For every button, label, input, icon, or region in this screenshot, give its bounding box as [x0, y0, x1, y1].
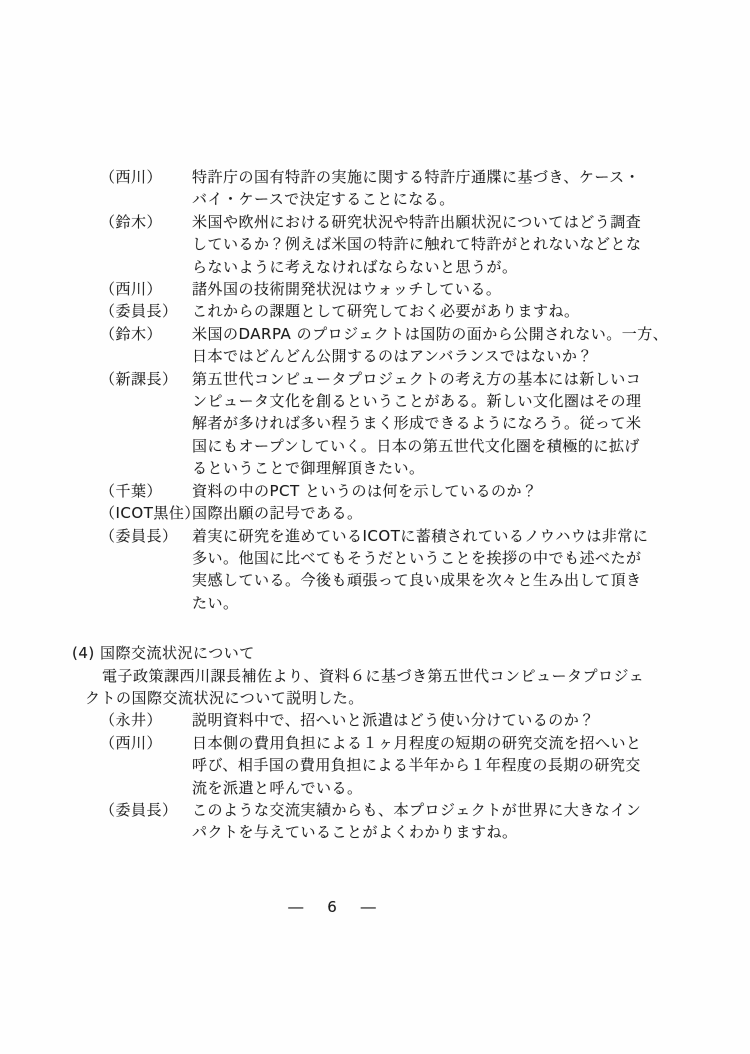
- statement: 諸外国の技術開発状況はウォッチしている。: [192, 278, 692, 300]
- page-footer: ― 6 ―: [0, 896, 664, 918]
- dialogue-line: バイ・ケースで決定することになる。: [192, 188, 692, 210]
- speaker-label: （ICOT黒住）: [100, 502, 192, 524]
- statement: 特許庁の国有特許の実施に関する特許庁通牒に基づき、ケース・ バイ・ケースで決定す…: [192, 166, 692, 211]
- statement: これからの課題として研究しておく必要がありますね。: [192, 300, 692, 322]
- dialogue-row: （千葉） 資料の中のPCT というのは何を示しているのか？: [0, 480, 750, 502]
- dialogue-line: 第五世代コンピュータプロジェクトの考え方の基本には新しいコ: [192, 368, 692, 390]
- speaker-label: （鈴木）: [100, 323, 192, 368]
- minutes-body: （西川） 特許庁の国有特許の実施に関する特許庁通牒に基づき、ケース・ バイ・ケー…: [0, 166, 750, 844]
- section-intro-line: クトの国際交流状況について説明した。: [85, 687, 750, 709]
- speaker-label: （新課長）: [100, 368, 192, 480]
- speaker-label: （委員長）: [100, 525, 192, 615]
- statement: 日本側の費用負担による１ヶ月程度の短期の研究交流を招へいと 呼び、相手国の費用負…: [192, 732, 692, 799]
- speaker-label: （千葉）: [100, 480, 192, 502]
- dialogue-row: （委員長） 着実に研究を進めているICOTに蓄積されているノウハウは非常に 多い…: [0, 525, 750, 615]
- dialogue-row: （新課長） 第五世代コンピュータプロジェクトの考え方の基本には新しいコ ンピュー…: [0, 368, 750, 480]
- dialogue-line: らないように考えなければならないと思うが。: [192, 256, 692, 278]
- dialogue-line: 多い。他国に比べてもそうだということを挨拶の中でも述べたが: [192, 547, 692, 569]
- dialogue-line: 説明資料中で、招へいと派遣はどう使い分けているのか？: [192, 709, 692, 731]
- statement: 第五世代コンピュータプロジェクトの考え方の基本には新しいコ ンピュータ文化を創る…: [192, 368, 692, 480]
- speaker-label: （永井）: [100, 709, 192, 731]
- speaker-label: （委員長）: [100, 300, 192, 322]
- dialogue-line: 流を派遣と呼んでいる。: [192, 777, 692, 799]
- dialogue-line: 特許庁の国有特許の実施に関する特許庁通牒に基づき、ケース・: [192, 166, 692, 188]
- statement: 着実に研究を進めているICOTに蓄積されているノウハウは非常に 多い。他国に比べ…: [192, 525, 692, 615]
- speaker-label: （西川）: [100, 166, 192, 211]
- dialogue-row: （委員長） このような交流実績からも、本プロジェクトが世界に大きなイン パクトを…: [0, 799, 750, 844]
- dialogue-line: このような交流実績からも、本プロジェクトが世界に大きなイン: [192, 799, 692, 821]
- dialogue-row: （委員長） これからの課題として研究しておく必要がありますね。: [0, 300, 750, 322]
- dialogue-line: 解者が多ければ多い程うまく形成できるようになろう。従って米: [192, 412, 692, 434]
- statement: 国際出願の記号である。: [192, 502, 692, 524]
- page-number: 6: [327, 896, 337, 918]
- dialogue-line: 国にもオープンしていく。日本の第五世代文化圏を積極的に拡げ: [192, 435, 692, 457]
- dialogue-row: （鈴木） 米国のDARPA のプロジェクトは国防の面から公開されない。一方、 日…: [0, 323, 750, 368]
- dialogue-line: 国際出願の記号である。: [192, 502, 692, 524]
- statement: 説明資料中で、招へいと派遣はどう使い分けているのか？: [192, 709, 692, 731]
- statement: 米国のDARPA のプロジェクトは国防の面から公開されない。一方、 日本ではどん…: [192, 323, 692, 368]
- section-heading: (4) 国際交流状況について: [0, 642, 750, 664]
- speaker-label: （西川）: [100, 732, 192, 799]
- dialogue-row: （西川） 日本側の費用負担による１ヶ月程度の短期の研究交流を招へいと 呼び、相手…: [0, 732, 750, 799]
- dialogue-line: ンピュータ文化を創るということがある。新しい文化圏はその理: [192, 390, 692, 412]
- dialogue-line: るということで御理解頂きたい。: [192, 457, 692, 479]
- dialogue-line: 日本ではどんどん公開するのはアンバランスではないか？: [192, 345, 692, 367]
- dialogue-line: 呼び、相手国の費用負担による半年から１年程度の長期の研究交: [192, 754, 692, 776]
- speaker-label: （鈴木）: [100, 211, 192, 278]
- dialogue-row: （西川） 諸外国の技術開発状況はウォッチしている。: [0, 278, 750, 300]
- speaker-label: （委員長）: [100, 799, 192, 844]
- dialogue-row: （西川） 特許庁の国有特許の実施に関する特許庁通牒に基づき、ケース・ バイ・ケー…: [0, 166, 750, 211]
- dialogue-line: 実感している。今後も頑張って良い成果を次々と生み出して頂き: [192, 569, 692, 591]
- dialogue-line: これからの課題として研究しておく必要がありますね。: [192, 300, 692, 322]
- dialogue-line: しているか？例えば米国の特許に触れて特許がとれないなどとな: [192, 233, 692, 255]
- dialogue-line: 米国のDARPA のプロジェクトは国防の面から公開されない。一方、: [192, 323, 692, 345]
- statement: このような交流実績からも、本プロジェクトが世界に大きなイン パクトを与えているこ…: [192, 799, 692, 844]
- section-intro-line: 電子政策課西川課長補佐より、資料６に基づき第五世代コンピュータプロジェ: [85, 665, 750, 687]
- dialogue-line: 諸外国の技術開発状況はウォッチしている。: [192, 278, 692, 300]
- statement: 米国や欧州における研究状況や特許出願状況についてはどう調査 しているか？例えば米…: [192, 211, 692, 278]
- page-number-dash: ―: [361, 896, 376, 918]
- statement: 資料の中のPCT というのは何を示しているのか？: [192, 480, 692, 502]
- dialogue-line: 資料の中のPCT というのは何を示しているのか？: [192, 480, 692, 502]
- page-number-dash: ―: [288, 896, 303, 918]
- dialogue-line: パクトを与えていることがよくわかりますね。: [192, 821, 692, 843]
- dialogue-row: （鈴木） 米国や欧州における研究状況や特許出願状況についてはどう調査 しているか…: [0, 211, 750, 278]
- speaker-label: （西川）: [100, 278, 192, 300]
- dialogue-line: 着実に研究を進めているICOTに蓄積されているノウハウは非常に: [192, 525, 692, 547]
- dialogue-line: 日本側の費用負担による１ヶ月程度の短期の研究交流を招へいと: [192, 732, 692, 754]
- dialogue-line: 米国や欧州における研究状況や特許出願状況についてはどう調査: [192, 211, 692, 233]
- dialogue-row: （ICOT黒住） 国際出願の記号である。: [0, 502, 750, 524]
- dialogue-row: （永井） 説明資料中で、招へいと派遣はどう使い分けているのか？: [0, 709, 750, 731]
- dialogue-line: たい。: [192, 592, 692, 614]
- section-intro: 電子政策課西川課長補佐より、資料６に基づき第五世代コンピュータプロジェ クトの国…: [0, 665, 750, 710]
- scanned-document-page: （西川） 特許庁の国有特許の実施に関する特許庁通牒に基づき、ケース・ バイ・ケー…: [0, 0, 750, 1054]
